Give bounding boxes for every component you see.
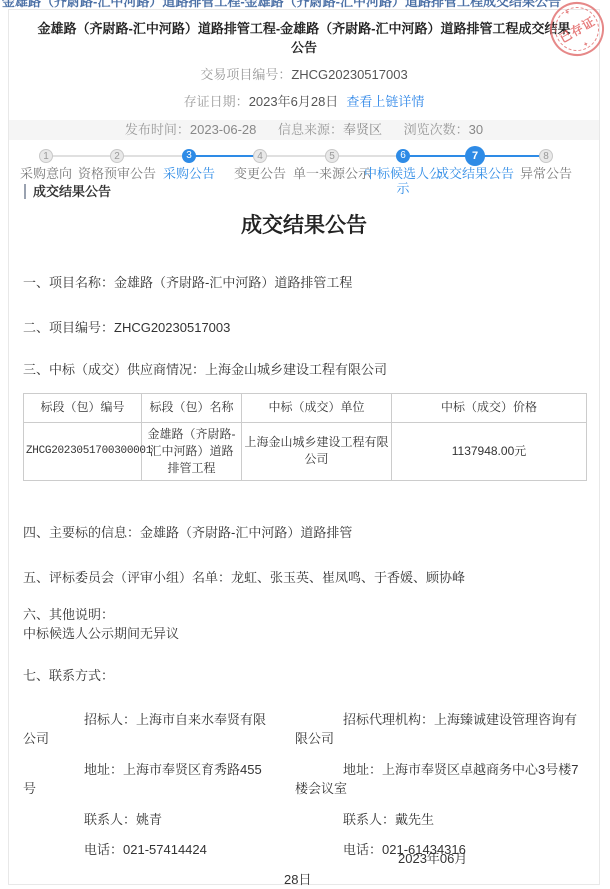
- agency-contact: 联系人：戴先生: [295, 810, 601, 830]
- process-stepper: 1 2 3 4 5 6 7 8 采购意向 资格预审公告 采购公告 变更公告 单一…: [9, 146, 599, 180]
- views-value: 30: [469, 122, 483, 137]
- cert-date-value: 2023年6月28日: [249, 94, 339, 109]
- contact-left-column: 招标人：上海市自来水奉贤有限公司 地址：上海市奉贤区育秀路455号 联系人：姚青…: [23, 710, 295, 871]
- table-header-row: 标段（包）编号 标段（包）名称 中标（成交）单位 中标（成交）价格: [24, 393, 587, 422]
- other-notes-text: 中标候选人公示期间无异议: [23, 624, 585, 643]
- view-chain-link[interactable]: 查看上链详情: [346, 94, 424, 109]
- section-header: 成交结果公告: [24, 184, 599, 199]
- stamp-star-icon: ✦: [563, 8, 572, 17]
- step-label-prequalification[interactable]: 资格预审公告: [78, 166, 156, 182]
- top-clipped-text: 金雄路（齐尉路-汇中河路）道路排管工程-金雄路（齐尉路-汇中河路）道路排管工程成…: [0, 0, 610, 9]
- section-subject-info: 四、主要标的信息：金雄路（齐尉路-汇中河路）道路排管: [23, 523, 585, 543]
- announcement-card: 金雄路（齐尉路-汇中河路）道路排管工程-金雄路（齐尉路-汇中河路）道路排管工程成…: [8, 9, 600, 885]
- step-label-procurement-notice[interactable]: 采购公告: [163, 166, 215, 182]
- step-label-abnormal-notice[interactable]: 异常公告: [520, 166, 572, 182]
- section-other-notes: 六、其他说明： 中标候选人公示期间无异议: [23, 605, 585, 643]
- contact-right-column: 招标代理机构：上海臻诚建设管理咨询有限公司 地址：上海市奉贤区卓越商务中心3号楼…: [295, 710, 601, 871]
- step-connector-1-2: [46, 155, 117, 157]
- contact-columns: 招标人：上海市自来水奉贤有限公司 地址：上海市奉贤区育秀路455号 联系人：姚青…: [23, 710, 599, 871]
- step-circle-4[interactable]: 4: [253, 149, 267, 163]
- source-value: 奉贤区: [343, 122, 382, 137]
- step-label-single-source[interactable]: 单一来源公示: [293, 166, 371, 182]
- project-number-row: 交易项目编号：ZHCG20230517003: [9, 65, 599, 85]
- section-contact-info: 七、联系方式：: [23, 666, 585, 686]
- step-connector-4-5: [260, 155, 332, 157]
- tenderer-address: 地址：上海市奉贤区育秀路455号: [23, 760, 295, 799]
- step-label-result-announcement[interactable]: 成交结果公告: [436, 166, 514, 182]
- stamp-star-icon: ✦: [582, 41, 591, 50]
- project-number-value: ZHCG20230517003: [291, 67, 407, 82]
- step-circle-5[interactable]: 5: [325, 149, 339, 163]
- publish-time-label: 发布时间：: [125, 122, 190, 137]
- table-row: ZHCG2023051700300001 金雄路（齐尉路-汇中河路）道路排管工程…: [24, 422, 587, 480]
- agency-address: 地址：上海市奉贤区卓越商务中心3号楼7楼会议室: [295, 760, 601, 799]
- col-header-package-number: 标段（包）编号: [24, 393, 142, 422]
- step-circle-7[interactable]: 7: [465, 146, 485, 166]
- tenderer-contact: 联系人：姚青: [23, 810, 295, 830]
- cell-package-name: 金雄路（齐尉路-汇中河路）道路排管工程: [142, 422, 242, 480]
- tenderer-phone: 电话：021-57414424: [23, 840, 295, 860]
- step-connector-7-8: [475, 155, 546, 157]
- bid-result-table: 标段（包）编号 标段（包）名称 中标（成交）单位 中标（成交）价格 ZHCG20…: [23, 393, 587, 481]
- publish-info-bar: 发布时间：2023-06-28 信息来源：奉贤区 浏览次数：30: [9, 120, 599, 140]
- step-circle-2[interactable]: 2: [110, 149, 124, 163]
- section-project-name: 一、项目名称：金雄路（齐尉路-汇中河路）道路排管工程: [23, 273, 585, 293]
- cell-winning-unit: 上海金山城乡建设工程有限公司: [242, 422, 392, 480]
- project-number-label: 交易项目编号：: [200, 67, 291, 82]
- sign-date-part2: 28日: [284, 869, 311, 888]
- section-project-number: 二、项目编号：ZHCG20230517003: [23, 318, 585, 338]
- section-committee-list: 五、评标委员会（评审小组）名单：龙虹、张玉英、崔凤鸣、于香媛、顾协峰: [23, 568, 585, 588]
- cert-date-row: 存证日期：2023年6月28日查看上链详情: [9, 92, 599, 112]
- step-circle-1[interactable]: 1: [39, 149, 53, 163]
- announcement-title: 成交结果公告: [9, 212, 599, 240]
- agency-line: 招标代理机构：上海臻诚建设管理咨询有限公司: [295, 710, 601, 749]
- col-header-winning-price: 中标（成交）价格: [392, 393, 587, 422]
- col-header-package-name: 标段（包）名称: [142, 393, 242, 422]
- cell-winning-price: 1137948.00元: [392, 422, 587, 480]
- cell-package-number: ZHCG2023051700300001: [24, 422, 142, 480]
- tenderer-line: 招标人：上海市自来水奉贤有限公司: [23, 710, 295, 749]
- publish-time-value: 2023-06-28: [190, 122, 257, 137]
- step-connector-3-4: [189, 155, 260, 157]
- step-connector-2-3: [117, 155, 189, 157]
- source-label: 信息来源：: [278, 122, 343, 137]
- other-notes-title: 六、其他说明：: [23, 605, 585, 624]
- views-label: 浏览次数：: [404, 122, 469, 137]
- step-label-candidate-publicity[interactable]: 中标候选人公示: [361, 166, 445, 197]
- sign-date-part1: 2023年06月: [398, 848, 467, 867]
- step-label-change-notice[interactable]: 变更公告: [234, 166, 286, 182]
- step-circle-3[interactable]: 3: [182, 149, 196, 163]
- step-circle-8[interactable]: 8: [539, 149, 553, 163]
- cert-date-label: 存证日期：: [184, 94, 249, 109]
- col-header-winning-unit: 中标（成交）单位: [242, 393, 392, 422]
- step-label-purchase-intent[interactable]: 采购意向: [20, 166, 72, 182]
- step-circle-6[interactable]: 6: [396, 149, 410, 163]
- step-connector-5-6: [332, 155, 403, 157]
- page-title: 金雄路（齐尉路-汇中河路）道路排管工程-金雄路（齐尉路-汇中河路）道路排管工程成…: [37, 20, 571, 58]
- section-winning-supplier: 三、中标（成交）供应商情况：上海金山城乡建设工程有限公司: [23, 360, 585, 380]
- stamp-text: 已存证: [556, 12, 598, 46]
